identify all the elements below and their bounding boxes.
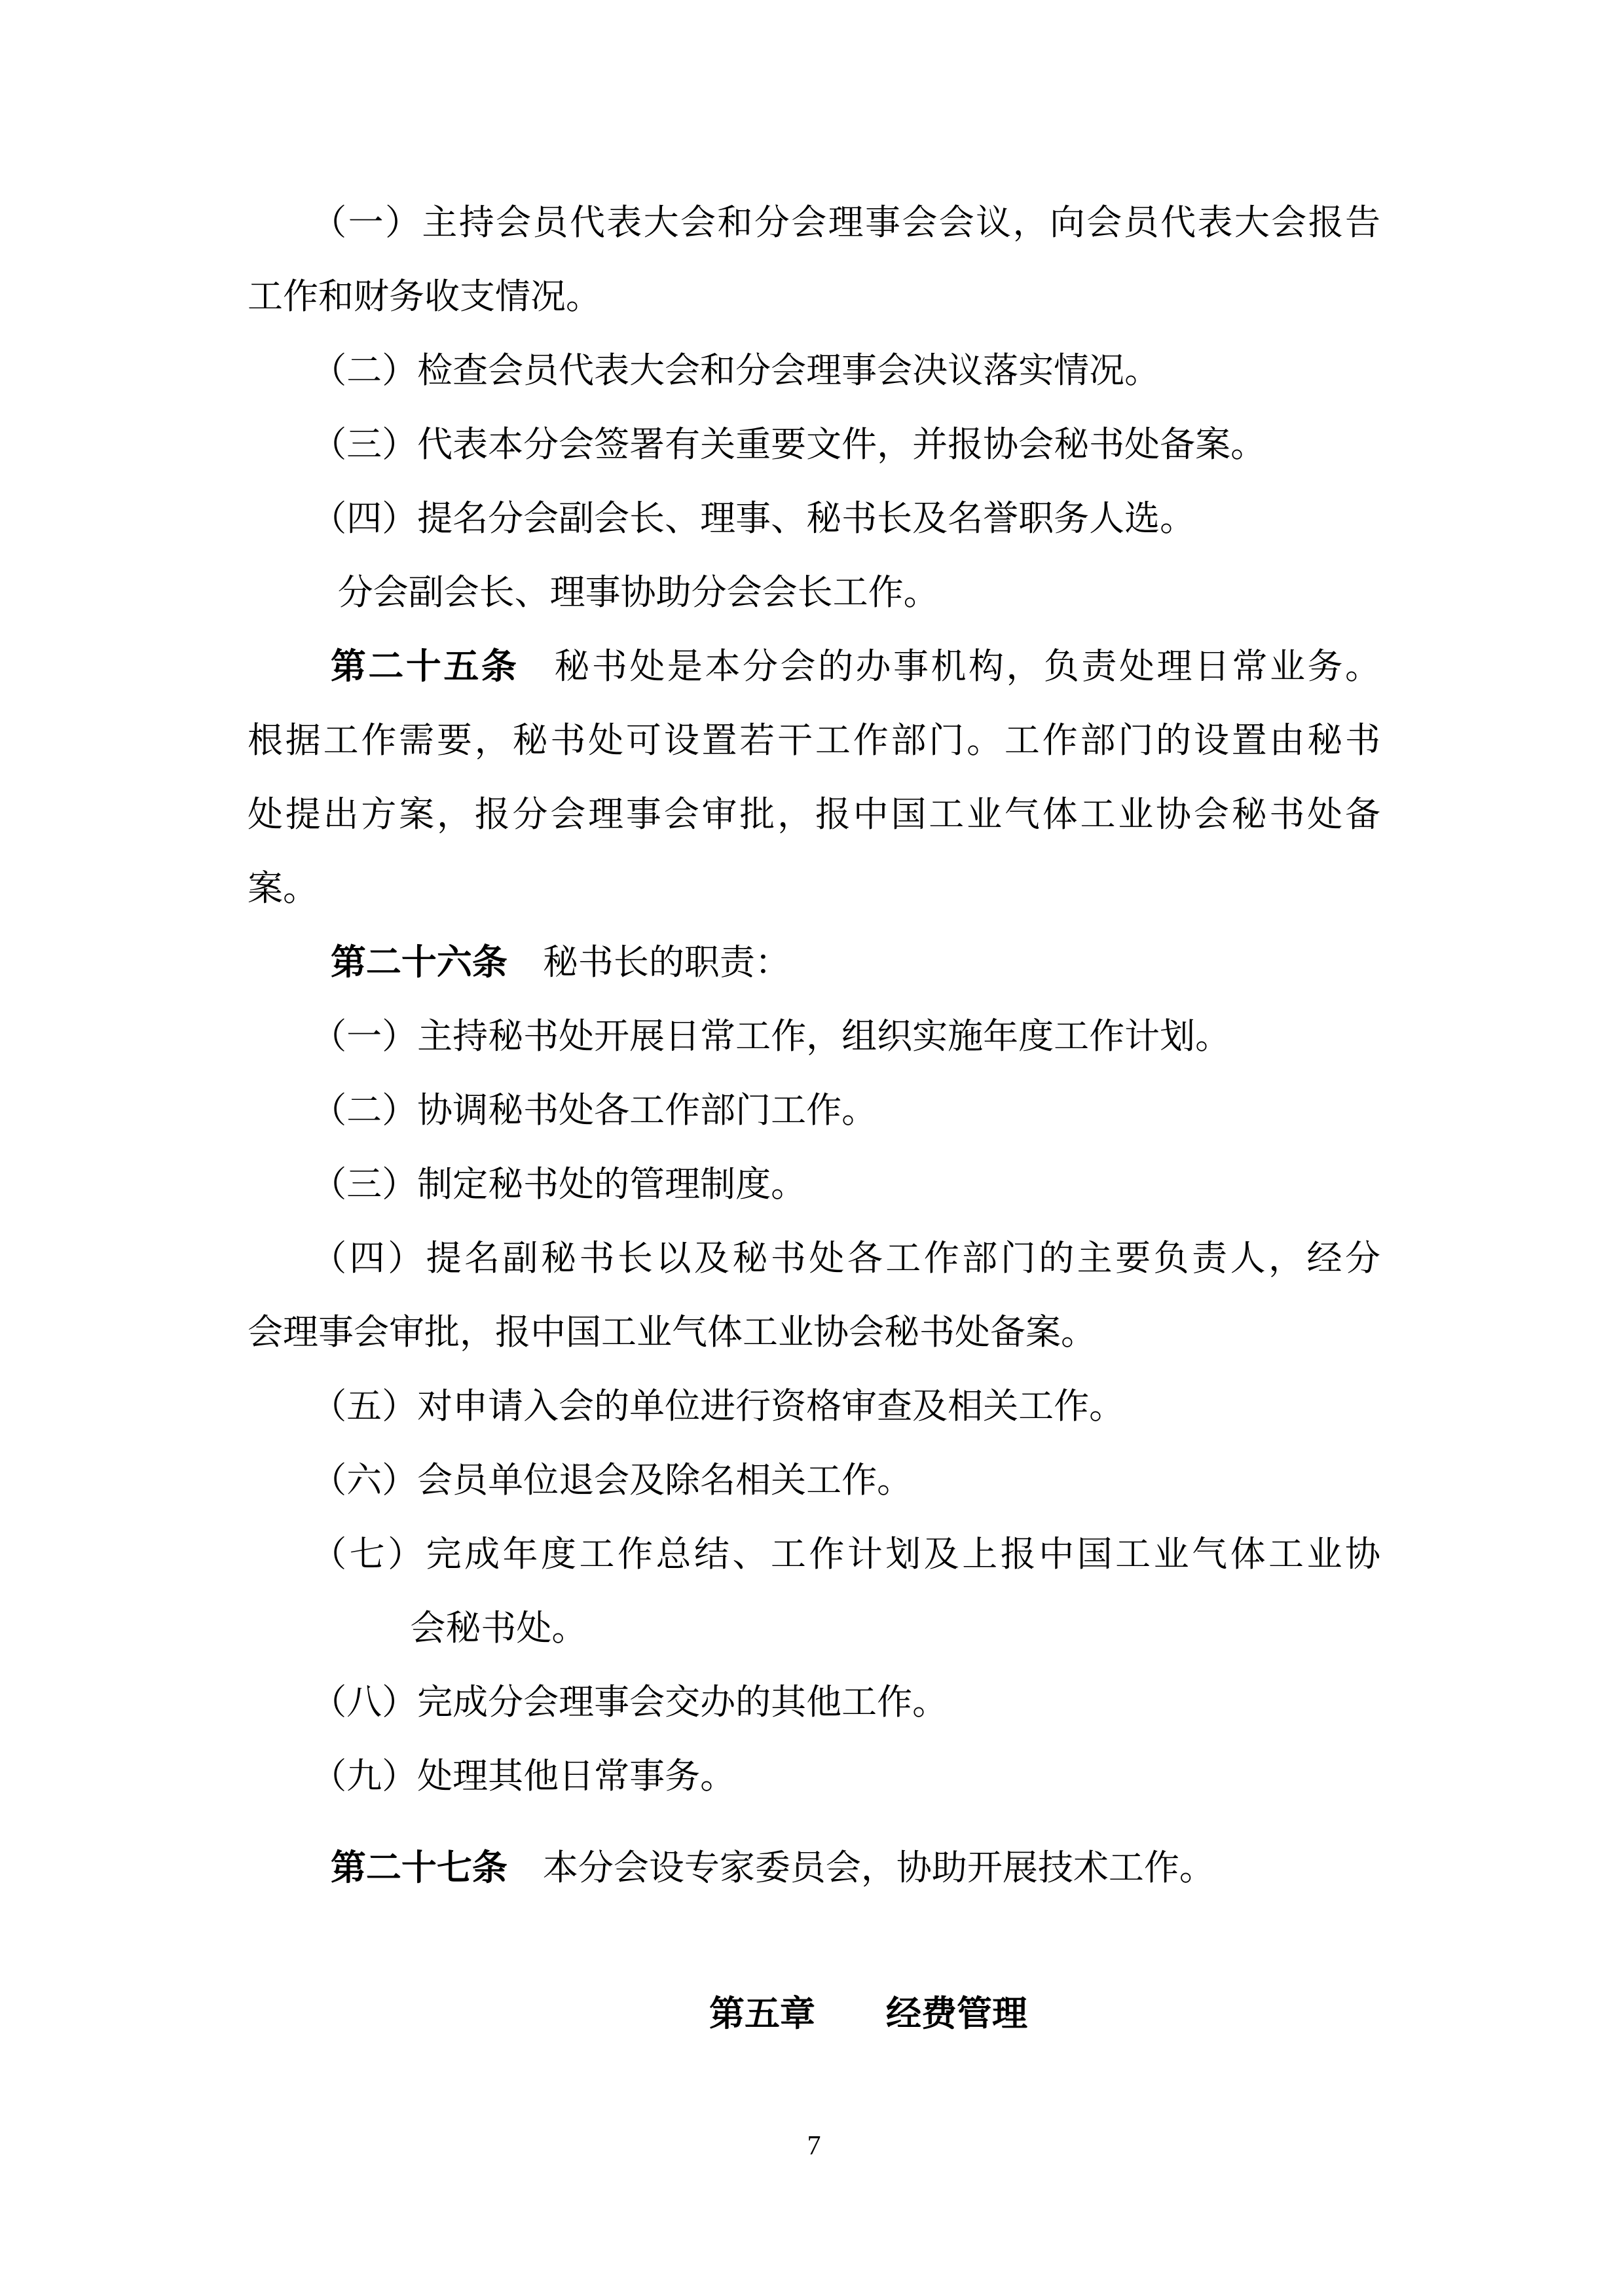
chapter-number: 第五章 [709, 1994, 815, 2033]
hanging-continuation-line: 会秘书处。 [248, 1592, 1380, 1666]
list-item-line: （五）对申请入会的单位进行资格审查及相关工作。 [248, 1370, 1380, 1444]
chapter-heading: 第五章经费管理 [248, 1977, 1380, 2051]
continuation-line: 根据工作需要，秘书处可设置若干工作部门。工作部门的设置由秘书 [248, 704, 1380, 778]
sub-paragraph-line: 分会副会长、理事协助分会会长工作。 [248, 556, 1380, 630]
page-content: （一）主持会员代表大会和分会理事会会议，向会员代表大会报告工作和财务收支情况。（… [248, 186, 1380, 2183]
article-text: 秘书长的职责： [543, 943, 790, 982]
article-number: 第二十七条 [331, 1848, 507, 1887]
article-line: 第二十七条本分会设专家委员会，协助开展技术工作。 [248, 1831, 1380, 1905]
document-page: （一）主持会员代表大会和分会理事会会议，向会员代表大会报告工作和财务收支情况。（… [0, 0, 1624, 2296]
list-item-line: （七）完成年度工作总结、工作计划及上报中国工业气体工业协 [248, 1518, 1380, 1592]
continuation-line: 会理事会审批，报中国工业气体工业协会秘书处备案。 [248, 1296, 1380, 1370]
page-number: 7 [248, 2109, 1380, 2183]
article-text: 秘书处是本分会的办事机构，负责处理日常业务。 [554, 647, 1380, 686]
chapter-title: 经费管理 [886, 1994, 1027, 2033]
article-text: 本分会设专家委员会，协助开展技术工作。 [543, 1848, 1215, 1887]
list-item-line: （八）完成分会理事会交办的其他工作。 [248, 1666, 1380, 1740]
continuation-line: 工作和财务收支情况。 [248, 260, 1380, 334]
list-item-line: （六）会员单位退会及除名相关工作。 [248, 1444, 1380, 1518]
list-item-line: （四）提名副秘书长以及秘书处各工作部门的主要负责人，经分 [248, 1222, 1380, 1296]
list-item-line: （二）协调秘书处各工作部门工作。 [248, 1074, 1380, 1148]
list-item-line: （三）制定秘书处的管理制度。 [248, 1148, 1380, 1222]
list-item-line: （一）主持会员代表大会和分会理事会会议，向会员代表大会报告 [248, 186, 1380, 260]
article-line: 第二十六条秘书长的职责： [248, 926, 1380, 1000]
article-line: 第二十五条秘书处是本分会的办事机构，负责处理日常业务。 [248, 630, 1380, 704]
list-item-line: （二）检查会员代表大会和分会理事会决议落实情况。 [248, 334, 1380, 408]
list-item-line: （四）提名分会副会长、理事、秘书长及名誉职务人选。 [248, 482, 1380, 556]
article-number: 第二十六条 [331, 943, 507, 982]
list-item-line: （三）代表本分会签署有关重要文件，并报协会秘书处备案。 [248, 408, 1380, 482]
continuation-line: 处提出方案，报分会理事会审批，报中国工业气体工业协会秘书处备 [248, 778, 1380, 852]
article-number: 第二十五条 [331, 647, 519, 686]
list-item-line: （一）主持秘书处开展日常工作，组织实施年度工作计划。 [248, 1000, 1380, 1074]
list-item-line: （九）处理其他日常事务。 [248, 1740, 1380, 1813]
continuation-line: 案。 [248, 852, 1380, 926]
